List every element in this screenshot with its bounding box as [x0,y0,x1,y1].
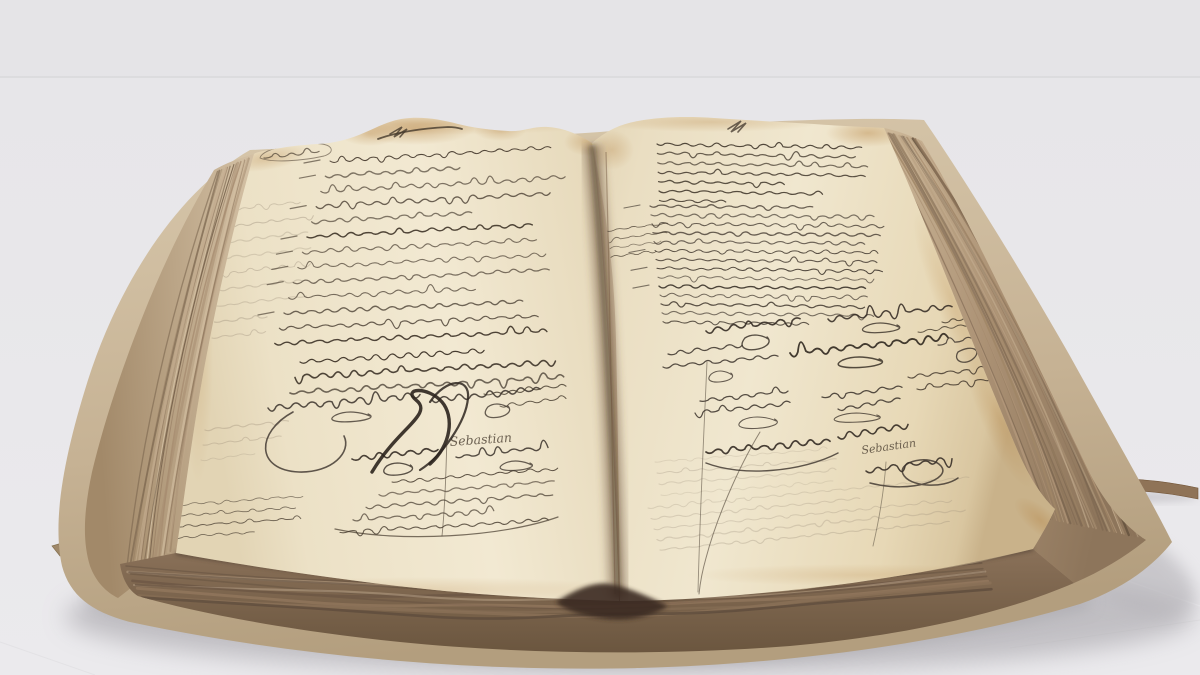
wall-band [0,0,1200,76]
manuscript-photo: Sebastian 288 Sebastian [0,0,1200,675]
photo-stage: Sebastian 288 Sebastian [0,0,1200,675]
